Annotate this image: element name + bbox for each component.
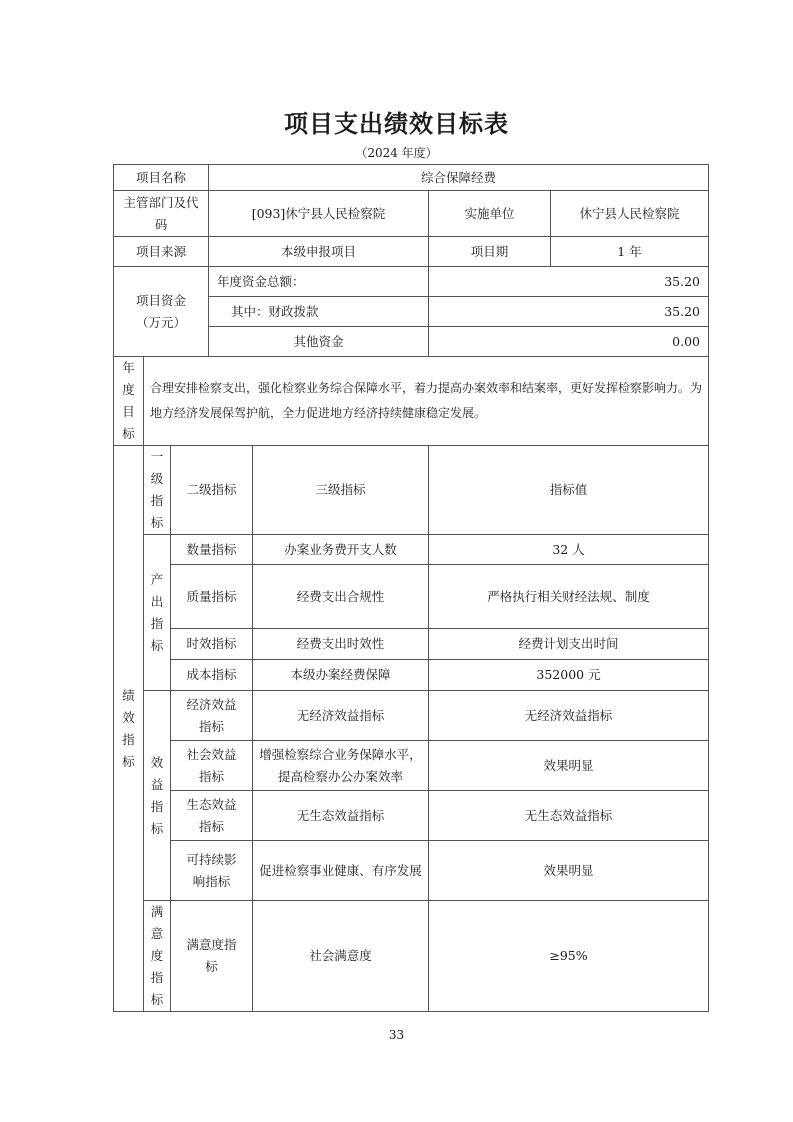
indicator-level2: 社会效益指标 [171,741,253,791]
funding-fiscal-value: 35.20 [429,297,709,327]
indicator-level2: 时效指标 [171,629,253,660]
funding-total-label: 年度资金总额： [209,267,429,297]
group-benefit-label: 效益指标 [144,691,171,901]
indicator-value: 352000 元 [429,660,709,691]
source-value: 本级申报项目 [209,237,429,267]
dept-value: [093]休宁县人民检察院 [209,191,429,237]
header-value: 指标值 [429,446,709,535]
document-title: 项目支出绩效目标表 [0,104,793,139]
group-output-label: 产出指标 [144,535,171,691]
indicator-value: 严格执行相关财经法规、制度 [429,565,709,629]
funding-label-line2: （万元） [118,312,204,334]
annual-goal-text: 合理安排检察支出，强化检察业务综合保障水平，着力提高办案效率和结案率，更好发挥检… [144,357,709,446]
indicator-level3: 经费支出合规性 [253,565,429,629]
group-satisfaction-label: 满意度指标 [144,901,171,1012]
indicator-level3: 办案业务费开支人数 [253,535,429,565]
dept-label: 主管部门及代码 [114,191,209,237]
header-level3: 三级指标 [253,446,429,535]
funding-other-value: 0.00 [429,327,709,357]
funding-label-line1: 项目资金 [118,290,204,312]
indicator-level3: 社会满意度 [253,901,429,1012]
indicator-value: 效果明显 [429,841,709,901]
indicator-level2: 经济效益指标 [171,691,253,741]
project-name-value: 综合保障经费 [209,165,709,191]
period-label: 项目期 [429,237,551,267]
indicators-section-label: 绩效指标 [114,446,144,1012]
indicator-level3: 无生态效益指标 [253,791,429,841]
indicator-value: 无经济效益指标 [429,691,709,741]
page-number: 33 [0,1028,793,1042]
indicator-level2: 可持续影响指标 [171,841,253,901]
indicator-value: 效果明显 [429,741,709,791]
impl-unit-value: 休宁县人民检察院 [551,191,709,237]
project-name-label: 项目名称 [114,165,209,191]
indicator-level2: 数量指标 [171,535,253,565]
funding-fiscal-label: 其中：财政拨款 [209,297,429,327]
period-value: 1 年 [551,237,709,267]
impl-unit-label: 实施单位 [429,191,551,237]
indicator-value: ≥95% [429,901,709,1012]
header-level2: 二级指标 [171,446,253,535]
indicator-level2: 成本指标 [171,660,253,691]
indicator-value: 无生态效益指标 [429,791,709,841]
indicator-level3: 无经济效益指标 [253,691,429,741]
indicator-level2: 质量指标 [171,565,253,629]
indicator-value: 32 人 [429,535,709,565]
funding-total-value: 35.20 [429,267,709,297]
funding-label: 项目资金 （万元） [114,267,209,357]
indicator-level2: 生态效益指标 [171,791,253,841]
source-label: 项目来源 [114,237,209,267]
indicator-value: 经费计划支出时间 [429,629,709,660]
header-level1: 一级指标 [144,446,171,535]
indicator-level3: 本级办案经费保障 [253,660,429,691]
indicator-level3: 促进检察事业健康、有序发展 [253,841,429,901]
document-subtitle: （2024 年度） [0,144,793,161]
annual-goal-label: 年度目标 [114,357,144,446]
indicator-level3: 经费支出时效性 [253,629,429,660]
indicator-level3: 增强检察综合业务保障水平，提高检察办公办案效率 [253,741,429,791]
performance-target-table: 项目名称 综合保障经费 主管部门及代码 [093]休宁县人民检察院 实施单位 休… [113,164,709,1012]
funding-other-label: 其他资金 [209,327,429,357]
indicator-level2: 满意度指标 [171,901,253,1012]
